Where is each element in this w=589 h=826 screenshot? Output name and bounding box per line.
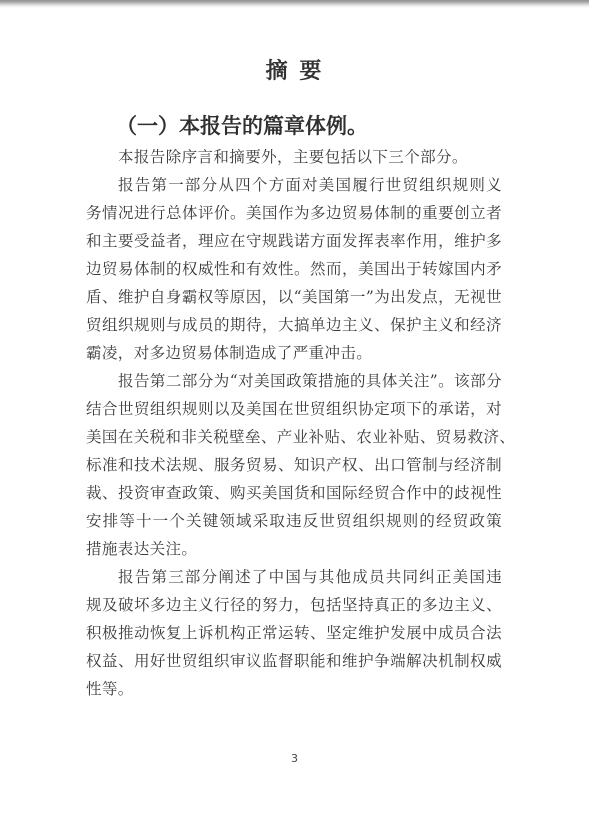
text-line: 标准和技术法规、服务贸易、知识产权、出口管制与经济制: [86, 451, 502, 479]
text-line: 霸凌，对多边贸易体制造成了严重冲击。: [86, 339, 502, 367]
text-line: 美国在关税和非关税壁垒、产业补贴、农业补贴、贸易救济、: [86, 423, 502, 451]
page-number: 3: [0, 752, 589, 766]
text-line: 边贸易体制的权威性和有效性。然而，美国出于转嫁国内矛: [86, 255, 502, 283]
text-line: 本报告除序言和摘要外，主要包括以下三个部分。: [86, 143, 502, 171]
text-line: 裁、投资审查政策、购买美国货和国际经贸合作中的歧视性: [86, 479, 502, 507]
document-body: 本报告除序言和摘要外，主要包括以下三个部分。报告第一部分从四个方面对美国履行世贸…: [86, 143, 502, 703]
text-line: 报告第一部分从四个方面对美国履行世贸组织规则义: [86, 171, 502, 199]
text-line: 结合世贸组织规则以及美国在世贸组织协定项下的承诺，对: [86, 395, 502, 423]
document-title: 摘 要: [0, 58, 589, 84]
text-line: 规及破坏多边主义行径的努力，包括坚持真正的多边主义、: [86, 591, 502, 619]
text-line: 盾、维护自身霸权等原因，以“美国第一”为出发点，无视世: [86, 283, 502, 311]
text-line: 安排等十一个关键领域采取违反世贸组织规则的经贸政策: [86, 507, 502, 535]
text-line: 贸组织规则与成员的期待，大搞单边主义、保护主义和经济: [86, 311, 502, 339]
text-line: 性等。: [86, 675, 502, 703]
section-heading: （一）本报告的篇章体例。: [86, 113, 502, 139]
text-line: 报告第三部分阐述了中国与其他成员共同纠正美国违: [86, 563, 502, 591]
document-page: 摘 要 （一）本报告的篇章体例。 本报告除序言和摘要外，主要包括以下三个部分。报…: [0, 0, 589, 826]
text-line: 报告第二部分为“对美国政策措施的具体关注”。该部分: [86, 367, 502, 395]
text-line: 务情况进行总体评价。美国作为多边贸易体制的重要创立者: [86, 199, 502, 227]
text-line: 积极推动恢复上诉机构正常运转、坚定维护发展中成员合法: [86, 619, 502, 647]
page-top-shadow: [0, 0, 589, 8]
text-line: 措施表达关注。: [86, 535, 502, 563]
text-line: 和主要受益者，理应在守规践诺方面发挥表率作用，维护多: [86, 227, 502, 255]
text-line: 权益、用好世贸组织审议监督职能和维护争端解决机制权威: [86, 647, 502, 675]
